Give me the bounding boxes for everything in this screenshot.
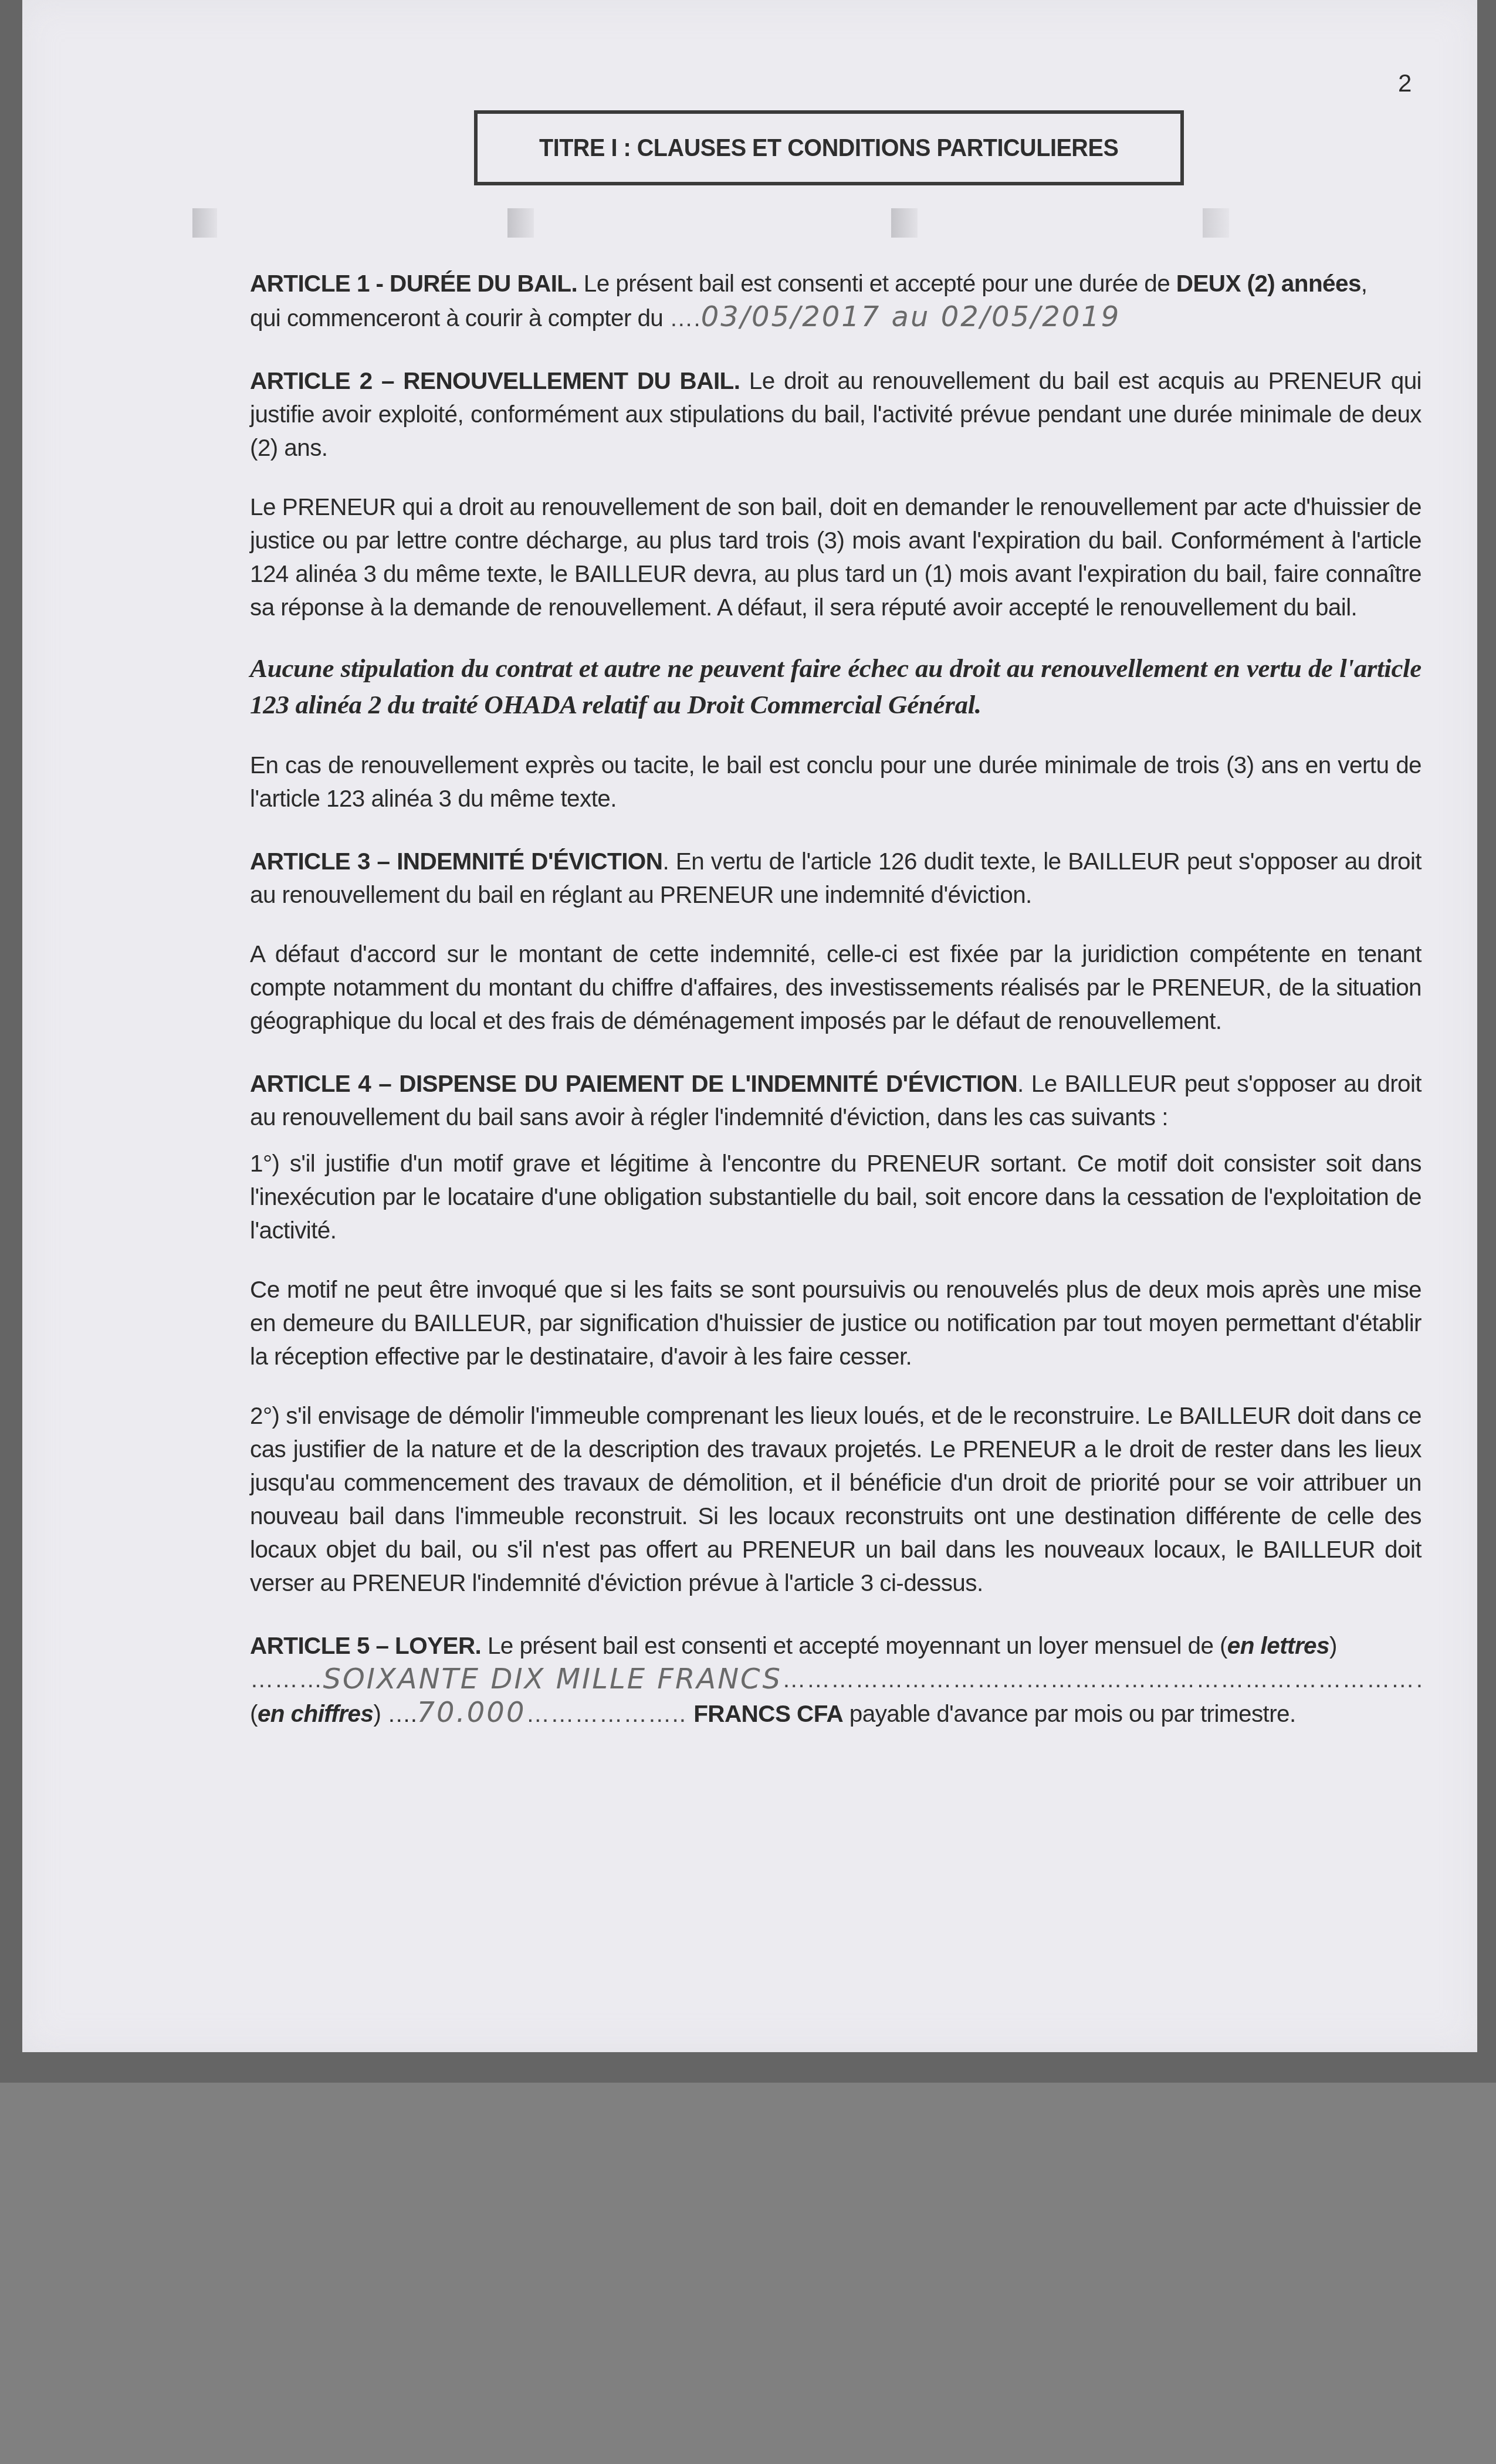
title-box: TITRE I : CLAUSES ET CONDITIONS PARTICUL… — [474, 110, 1184, 185]
ohada-note: Aucune stipulation du contrat et autre n… — [250, 650, 1421, 723]
article-4-case-1-note: Ce motif ne peut être invoqué que si les… — [250, 1273, 1421, 1373]
article-2-paragraph-2: Le PRENEUR qui a droit au renouvellement… — [250, 490, 1421, 624]
article-5-heading: ARTICLE 5 – LOYER. — [250, 1632, 481, 1659]
rent-in-figures-line: (en chiffres) ….70.000……………….. FRANCS CF… — [250, 1696, 1421, 1731]
article-4-case-2: 2°) s'il envisage de démolir l'immeuble … — [250, 1399, 1421, 1600]
article-3-paragraph-2: A défaut d'accord sur le montant de cett… — [250, 937, 1421, 1038]
article-4-heading: ARTICLE 4 – DISPENSE DU PAIEMENT DE L'IN… — [250, 1070, 1017, 1097]
show-through-mark — [1203, 208, 1229, 238]
currency-label: FRANCS CFA — [693, 1700, 843, 1727]
lease-duration: DEUX (2) années — [1176, 270, 1361, 297]
show-through-mark — [891, 208, 918, 238]
article-1-heading: ARTICLE 1 - DURÉE DU BAIL. — [250, 270, 577, 297]
article-2: ARTICLE 2 – RENOUVELLEMENT DU BAIL. Le d… — [250, 364, 1421, 465]
section-title: TITRE I : CLAUSES ET CONDITIONS PARTICUL… — [539, 134, 1118, 163]
rent-in-words-line: ………SOIXANTE DIX MILLE FRANCS………………………………… — [250, 1663, 1421, 1696]
lease-dates-field[interactable]: 03/05/2017 au 02/05/2019 — [701, 300, 1121, 333]
article-1: ARTICLE 1 - DURÉE DU BAIL. Le présent ba… — [250, 267, 1421, 335]
document-body: ARTICLE 1 - DURÉE DU BAIL. Le présent ba… — [250, 267, 1421, 1731]
rent-in-words-field[interactable]: SOIXANTE DIX MILLE FRANCS — [323, 1663, 782, 1696]
article-5: ARTICLE 5 – LOYER. Le présent bail est c… — [250, 1629, 1421, 1663]
page-number: 2 — [1398, 69, 1412, 97]
article-4: ARTICLE 4 – DISPENSE DU PAIEMENT DE L'IN… — [250, 1067, 1421, 1134]
document-page: 2 TITRE I : CLAUSES ET CONDITIONS PARTIC… — [22, 0, 1477, 2052]
show-through-mark — [507, 208, 534, 238]
rent-in-figures-field[interactable]: 70.000 — [417, 1696, 526, 1729]
article-2-heading: ARTICLE 2 – RENOUVELLEMENT DU BAIL. — [250, 367, 740, 394]
show-through-mark — [192, 208, 217, 238]
article-3-heading: ARTICLE 3 – INDEMNITÉ D'ÉVICTION — [250, 848, 662, 875]
article-4-case-1: 1°) s'il justifie d'un motif grave et lé… — [250, 1147, 1421, 1247]
article-2-paragraph-3: En cas de renouvellement exprès ou tacit… — [250, 749, 1421, 815]
article-3: ARTICLE 3 – INDEMNITÉ D'ÉVICTION. En ver… — [250, 845, 1421, 912]
